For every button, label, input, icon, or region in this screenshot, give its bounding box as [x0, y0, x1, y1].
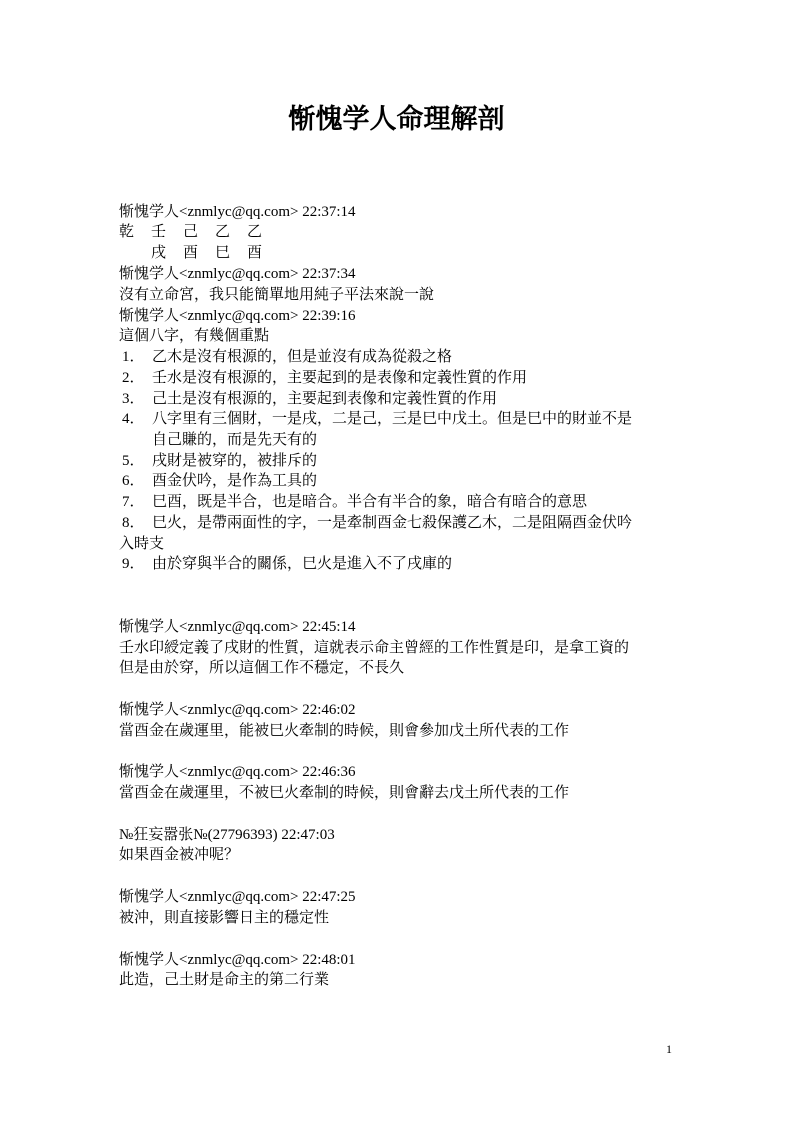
bazi-cell: 戌: [151, 243, 183, 263]
bazi-cell: 酉: [183, 243, 215, 263]
message-header: 惭愧学人<znmlyc@qq.com> 22:39:16: [119, 306, 356, 326]
bazi-cell: 壬: [151, 222, 183, 242]
point-item: 7．巳酉，既是半合，也是暗合。半合有半合的象，暗合有暗合的意思: [119, 492, 587, 512]
message-header: 惭愧学人<znmlyc@qq.com> 22:37:34: [119, 264, 356, 284]
bazi-cell: 乙: [215, 222, 247, 242]
message-text: 壬水印綬定義了戌財的性質，這就表示命主曾經的工作性質是印，是拿工資的: [119, 638, 629, 658]
bazi-cell: 己: [183, 222, 215, 242]
bazi-row-stems: 乾壬己乙乙: [119, 222, 279, 242]
message-header: 惭愧学人<znmlyc@qq.com> 22:46:02: [119, 700, 356, 720]
message-text: 當酉金在歲運里，不被巳火牽制的時候，則會辭去戊土所代表的工作: [119, 783, 569, 803]
bazi-row-branches: 戌酉巳酉: [119, 243, 279, 263]
point-item: 1．乙木是沒有根源的，但是並沒有成為從殺之格: [119, 347, 452, 367]
message-text: 當酉金在歲運里，能被巳火牽制的時候，則會參加戊土所代表的工作: [119, 721, 569, 741]
message-text: 但是由於穿，所以這個工作不穩定，不長久: [119, 658, 404, 678]
message-header: 惭愧学人<znmlyc@qq.com> 22:46:36: [119, 762, 356, 782]
message-text: 此造，己土財是命主的第二行業: [119, 970, 329, 990]
point-item: 5．戌財是被穿的，被排斥的: [119, 451, 317, 471]
document-title: 惭愧学人命理解剖: [0, 97, 793, 136]
point-continuation: 入時支: [119, 534, 164, 554]
message-header: 惭愧学人<znmlyc@qq.com> 22:45:14: [119, 617, 356, 637]
bazi-cell: 乙: [247, 222, 279, 242]
message-header: 惭愧学人<znmlyc@qq.com> 22:47:25: [119, 887, 356, 907]
point-item: 9．由於穿與半合的關係，巳火是進入不了戌庫的: [119, 554, 452, 574]
point-continuation: 自己賺的，而是先天有的: [119, 430, 317, 450]
message-header: 惭愧学人<znmlyc@qq.com> 22:48:01: [119, 950, 356, 970]
point-item: 2．壬水是沒有根源的，主要起到的是表像和定義性質的作用: [119, 368, 527, 388]
message-text: 沒有立命宮，我只能簡單地用純子平法來說一說: [119, 285, 434, 305]
message-header: №狂妄嚣张№(27796393) 22:47:03: [119, 825, 335, 845]
point-item: 3．己土是沒有根源的，主要起到表像和定義性質的作用: [119, 389, 497, 409]
bazi-cell: 巳: [215, 243, 247, 263]
point-item: 4．八字里有三個財，一是戌，二是己，三是巳中戊土。但是巳中的財並不是: [119, 409, 632, 429]
message-text: 如果酉金被冲呢？: [119, 845, 239, 865]
bazi-cell: 乾: [119, 222, 151, 242]
bazi-cell: 酉: [247, 243, 279, 263]
page-number: 1: [666, 1042, 672, 1057]
message-text: 被沖，則直接影響日主的穩定性: [119, 908, 329, 928]
point-item: 8．巳火，是帶兩面性的字，一是牽制酉金七殺保護乙木，二是阻隔酉金伏吟: [119, 513, 632, 533]
message-header: 惭愧学人<znmlyc@qq.com> 22:37:14: [119, 202, 356, 222]
message-text: 這個八字，有幾個重點: [119, 326, 269, 346]
point-item: 6．酉金伏吟，是作為工具的: [119, 471, 317, 491]
